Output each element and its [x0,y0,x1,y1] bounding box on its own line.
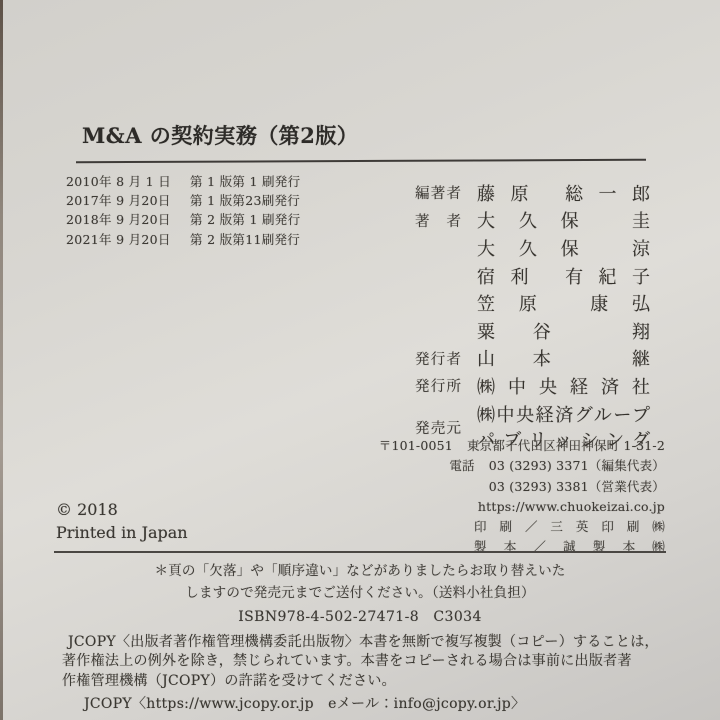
colophon-page: M&A の契約実務（第2版） 2010年 8 月 1 日 第 1 版第 1 刷発… [0,0,720,720]
printed-in: Printed in Japan [56,522,188,545]
isbn: ISBN978-4-502-27471-8 C3034 [0,606,720,628]
credit-role: 著者 [415,210,461,231]
postal-code: 〒101-0051 [379,438,453,453]
edition-info: 第 2 版第11刷発行 [190,230,300,248]
copyright-year: © 2018 [56,499,188,522]
credits-block: 編著者 藤原 総一郎 著者 大久保 圭 大久保 涼 宿利 有紀子 笠原 康弘 粟… [415,179,650,453]
credit-role: 発行所 [415,375,461,396]
credit-row-author: 笠原 康弘 [415,289,650,317]
credit-row-publisher: 発行所 ㈱中央経済社 [415,372,650,400]
phone-editorial-line: 電話03 (3293) 3371（編集代表） [379,456,665,476]
credit-name: 大久保 涼 [477,235,650,261]
edition-date: 2021年 9 月20日 [66,230,190,248]
edition-row: 2010年 8 月 1 日 第 1 版第 1 刷発行 [66,171,300,190]
credit-row-author: 著者 大久保 圭 [415,207,650,235]
credit-name: 粟谷 翔 [477,318,650,344]
book-title: M&A の契約実務（第2版） [82,120,358,150]
edition-date: 2010年 8 月 1 日 [66,172,190,190]
edition-info: 第 2 版第 1 刷発行 [190,210,300,228]
credit-name: 藤原 総一郎 [477,180,650,206]
phone-sales-line: 03 (3293) 3381（営業代表） [379,477,665,497]
edition-history: 2010年 8 月 1 日 第 1 版第 1 刷発行 2017年 9 月20日 … [66,171,300,249]
replacement-notice: ＊頁の「欠落」や「順序違い」などがありましたらお取り替えいた しますので発売元ま… [0,560,720,628]
jcopy-notice: JCOPY〈出版者著作権管理機構委託出版物〉本書を無断で複写複製（コピー）するこ… [62,633,664,691]
edition-row: 2017年 9 月20日 第 1 版第23刷発行 [66,190,300,209]
copyright-block: © 2018 Printed in Japan [56,499,188,544]
edition-date: 2018年 9 月20日 [66,210,190,228]
credit-row-author: 大久保 涼 [415,234,650,262]
phone-sales: 03 (3293) 3381（営業代表） [489,479,665,494]
credit-row-publisher-person: 発行者 山本 継 [415,345,650,373]
jcopy-notice-line2: 著作権法上の例外を除き，禁じられています。本書をコピーされる場合は事前に出版者著 [62,652,664,671]
printing-credit: 印刷／三英印刷㈱ [474,517,665,537]
credit-row-author: 宿利 有紀子 [415,262,650,290]
binding-credit: 製本／誠製本㈱ [474,537,665,557]
phone-editorial: 03 (3293) 3371（編集代表） [489,458,665,473]
credit-name: 大久保 圭 [477,207,650,233]
edition-info: 第 1 版第23刷発行 [190,191,300,209]
edition-date: 2017年 9 月20日 [66,191,190,209]
credit-role: 発行者 [415,348,461,369]
replacement-notice-line2: しますので発売元までご送付ください。（送料小社負担） [0,582,720,604]
credit-row-editor: 編著者 藤原 総一郎 [415,179,650,207]
title-underline [76,159,646,163]
edition-row: 2021年 9 月20日 第 2 版第11刷発行 [66,229,300,248]
edition-info: 第 1 版第 1 刷発行 [190,172,300,190]
website-url: https://www.chuokeizai.co.jp [379,497,665,517]
publisher-contact: 〒101-0051東京都千代田区神田神保町 1-31-2 電話03 (3293)… [379,436,665,558]
credit-row-author: 粟谷 翔 [415,317,650,345]
phone-label: 電話 [449,458,474,473]
jcopy-contact: JCOPY〈https://www.jcopy.or.jp eメール：info@… [84,693,525,713]
distributor-name-line1: ㈱中央経済グループ [477,403,650,428]
credit-role: 編著者 [415,182,461,203]
jcopy-notice-line3: 作権管理機構（JCOPY）の許諾を受けてください。 [62,672,664,691]
publisher-address-line: 〒101-0051東京都千代田区神田神保町 1-31-2 [379,436,665,456]
credit-name: 笠原 康弘 [477,290,650,316]
credit-name: 宿利 有紀子 [477,263,650,289]
edition-row: 2018年 9 月20日 第 2 版第 1 刷発行 [66,210,300,229]
credit-name: ㈱中央経済社 [477,373,650,399]
jcopy-notice-line1: JCOPY〈出版者著作権管理機構委託出版物〉本書を無断で複写複製（コピー）するこ… [62,633,664,652]
address: 東京都千代田区神田神保町 1-31-2 [467,438,665,453]
credit-name: 山本 継 [477,345,650,371]
replacement-notice-line1: ＊頁の「欠落」や「順序違い」などがありましたらお取り替えいた [0,560,720,582]
divider-rule [54,551,666,553]
